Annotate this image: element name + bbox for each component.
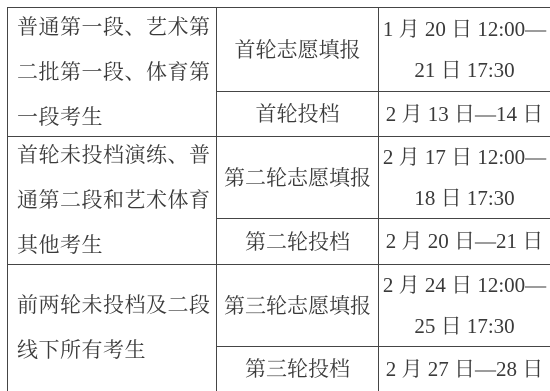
cell-stage-first-fill: 首轮志愿填报 [216,8,378,91]
cell-candidates-band3: 前两轮未投档及二段 线下所有考生 [8,264,216,391]
cell-time-first-archive: 2 月 13 日—14 日 [378,91,550,136]
volunteer-schedule-table: 普通第一段、艺术第 二批第一段、体育第 一段考生 首轮志愿填报 1 月 20 日… [7,7,550,391]
cell-time-third-archive: 2 月 27 日—28 日 [378,346,550,391]
cell-candidates-band2: 首轮未投档演练、普 通第二段和艺术体育 其他考生 [8,136,216,264]
cell-time-first-fill: 1 月 20 日 12:00— 21 日 17:30 [378,8,550,91]
cell-stage-third-fill: 第三轮志愿填报 [216,264,378,346]
cell-stage-first-archive: 首轮投档 [216,91,378,136]
cell-stage-second-archive: 第二轮投档 [216,218,378,264]
cell-time-second-archive: 2 月 20 日—21 日 [378,218,550,264]
cell-stage-third-archive: 第三轮投档 [216,346,378,391]
cell-time-second-fill: 2 月 17 日 12:00— 18 日 17:30 [378,136,550,218]
cell-stage-second-fill: 第二轮志愿填报 [216,136,378,218]
cell-time-third-fill: 2 月 24 日 12:00— 25 日 17:30 [378,264,550,346]
cell-candidates-band1: 普通第一段、艺术第 二批第一段、体育第 一段考生 [8,8,216,136]
